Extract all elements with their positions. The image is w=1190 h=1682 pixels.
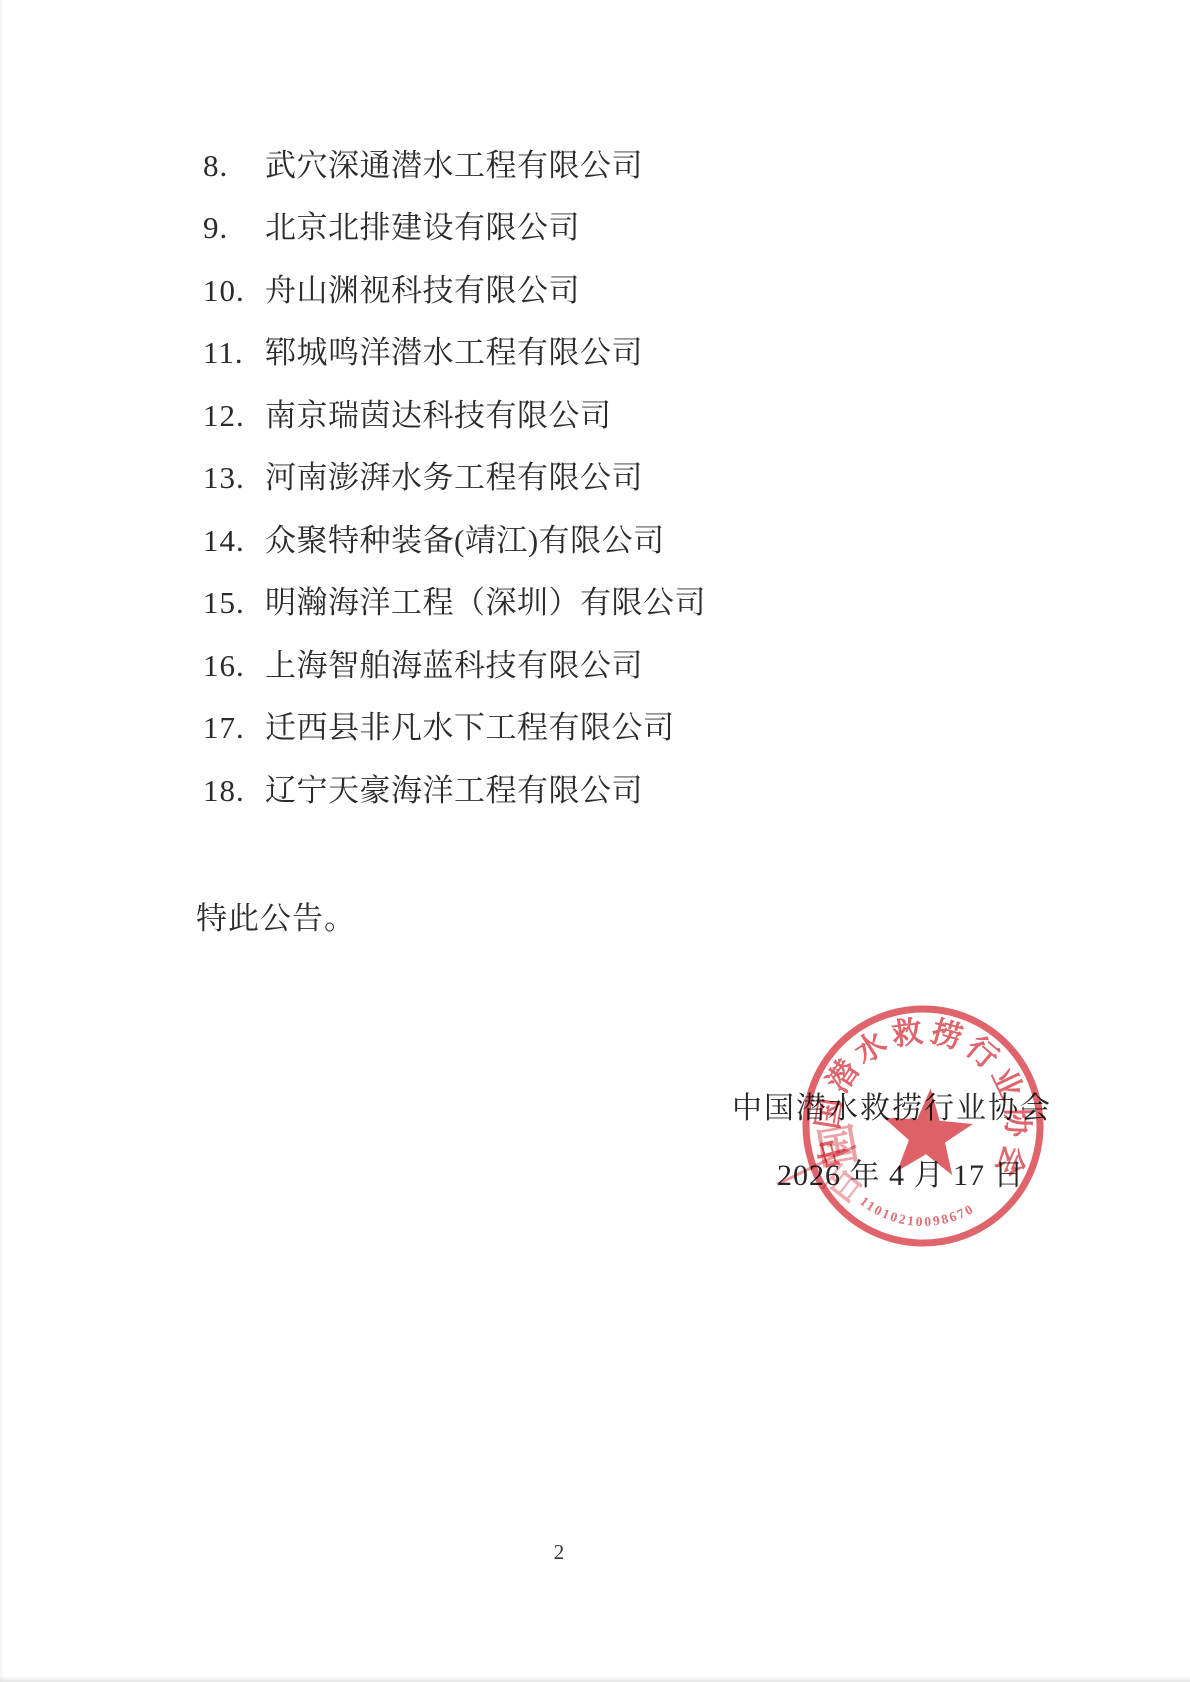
list-item: 8.武穴深通潜水工程有限公司 [203,148,643,188]
list-item: 9.北京北排建设有限公司 [203,210,580,250]
company-name: 河南澎湃水务工程有限公司 [265,460,643,496]
official-seal: 中国潜水救捞行业协会 11010210098670 [782,985,1064,1267]
list-item: 14.众聚特种装备(靖江)有限公司 [203,523,665,563]
svg-text:中国潜水救捞行业协会: 中国潜水救捞行业协会 [807,1006,1042,1187]
company-name: 北京北排建设有限公司 [265,210,580,246]
list-item-number: 17. [203,710,265,746]
list-item-number: 15. [203,585,265,621]
page-number: 2 [546,1540,572,1565]
list-item-number: 16. [203,648,265,684]
company-name: 郓城鸣洋潜水工程有限公司 [265,335,643,371]
list-item: 15.明瀚海洋工程（深圳）有限公司 [203,585,706,625]
list-item: 13.河南澎湃水务工程有限公司 [203,460,643,500]
list-item-number: 9. [203,210,265,246]
company-name: 武穴深通潜水工程有限公司 [265,148,643,184]
star-icon [880,1085,975,1176]
list-item-number: 8. [203,148,265,184]
list-item-number: 11. [203,335,265,371]
list-item-number: 18. [203,773,265,809]
company-name: 迁西县非凡水下工程有限公司 [265,710,675,746]
list-item-number: 14. [203,523,265,559]
closing-text: 特此公告。 [196,893,356,938]
svg-text:11010210098670: 11010210098670 [856,1193,978,1233]
company-name: 辽宁天豪海洋工程有限公司 [265,773,643,809]
seal-arc-text: 中国潜水救捞行业协会 [807,1006,1042,1187]
company-name: 南京瑞茵达科技有限公司 [265,398,612,434]
list-item: 10.舟山渊视科技有限公司 [203,273,580,313]
list-item: 12.南京瑞茵达科技有限公司 [203,398,612,438]
company-name: 明瀚海洋工程（深圳）有限公司 [265,585,706,621]
list-item-number: 13. [203,460,265,496]
list-item: 17.迁西县非凡水下工程有限公司 [203,710,675,750]
scan-edge-left [0,0,5,1682]
list-item: 11.郓城鸣洋潜水工程有限公司 [203,335,643,375]
seal-serial-number: 11010210098670 [856,1193,978,1233]
company-name: 舟山渊视科技有限公司 [265,273,580,309]
scan-edge-bottom [0,1676,1190,1682]
list-item-number: 12. [203,398,265,434]
list-item: 16.上海智舶海蓝科技有限公司 [203,648,643,688]
list-item: 18.辽宁天豪海洋工程有限公司 [203,773,643,813]
company-name: 众聚特种装备(靖江)有限公司 [265,523,665,559]
list-item-number: 10. [203,273,265,309]
company-name: 上海智舶海蓝科技有限公司 [265,648,643,684]
document-page: 8.武穴深通潜水工程有限公司 9.北京北排建设有限公司 10.舟山渊视科技有限公… [0,0,1190,1682]
